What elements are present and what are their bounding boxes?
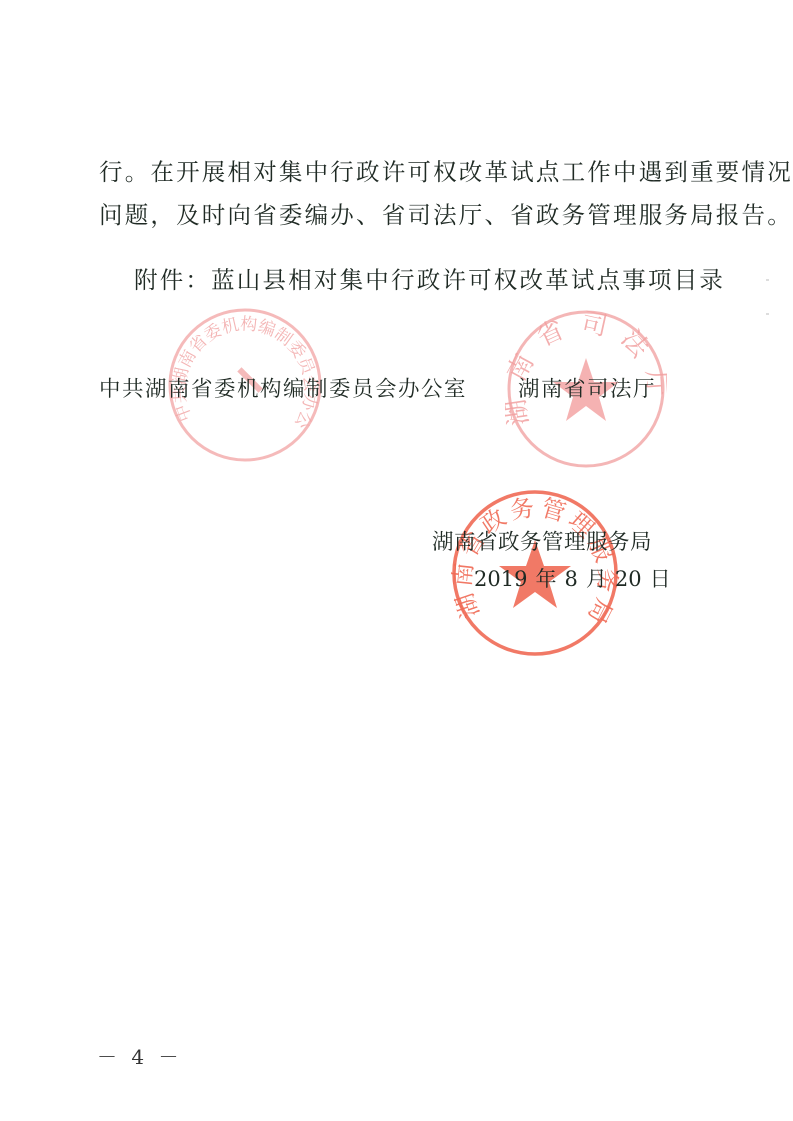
scan-speck: [766, 313, 769, 315]
date-year: 2019: [474, 567, 527, 591]
date-day: 20: [615, 567, 642, 591]
document-date: 2019年8月20日: [474, 563, 679, 593]
stamp-ring-text: 中共湖南省委机构编制委员会办公室: [165, 305, 320, 432]
date-month-unit: 月: [586, 567, 607, 591]
attachment-line: 附件：蓝山县相对集中行政许可权改革试点事项目录: [134, 261, 725, 295]
date-year-unit: 年: [535, 567, 556, 591]
body-line-2: 问题，及时向省委编办、省司法厅、省政务管理服务局报告。: [99, 196, 793, 230]
body-line-1: 行。在开展相对集中行政许可权改革试点工作中遇到重要情况和: [99, 153, 793, 187]
scan-speck: [766, 279, 769, 281]
signatory-government-services-bureau: 湖南省政务管理服务局: [432, 525, 652, 556]
date-month: 8: [564, 567, 577, 591]
page-number: － 4 －: [97, 1041, 182, 1070]
signatory-party-committee-office: 中共湖南省委机构编制委员会办公室: [99, 372, 467, 403]
date-day-unit: 日: [650, 567, 671, 591]
signatory-justice-department: 湖南省司法厅: [518, 372, 656, 403]
document-page: 行。在开展相对集中行政许可权改革试点工作中遇到重要情况和 问题，及时向省委编办、…: [0, 0, 793, 1121]
